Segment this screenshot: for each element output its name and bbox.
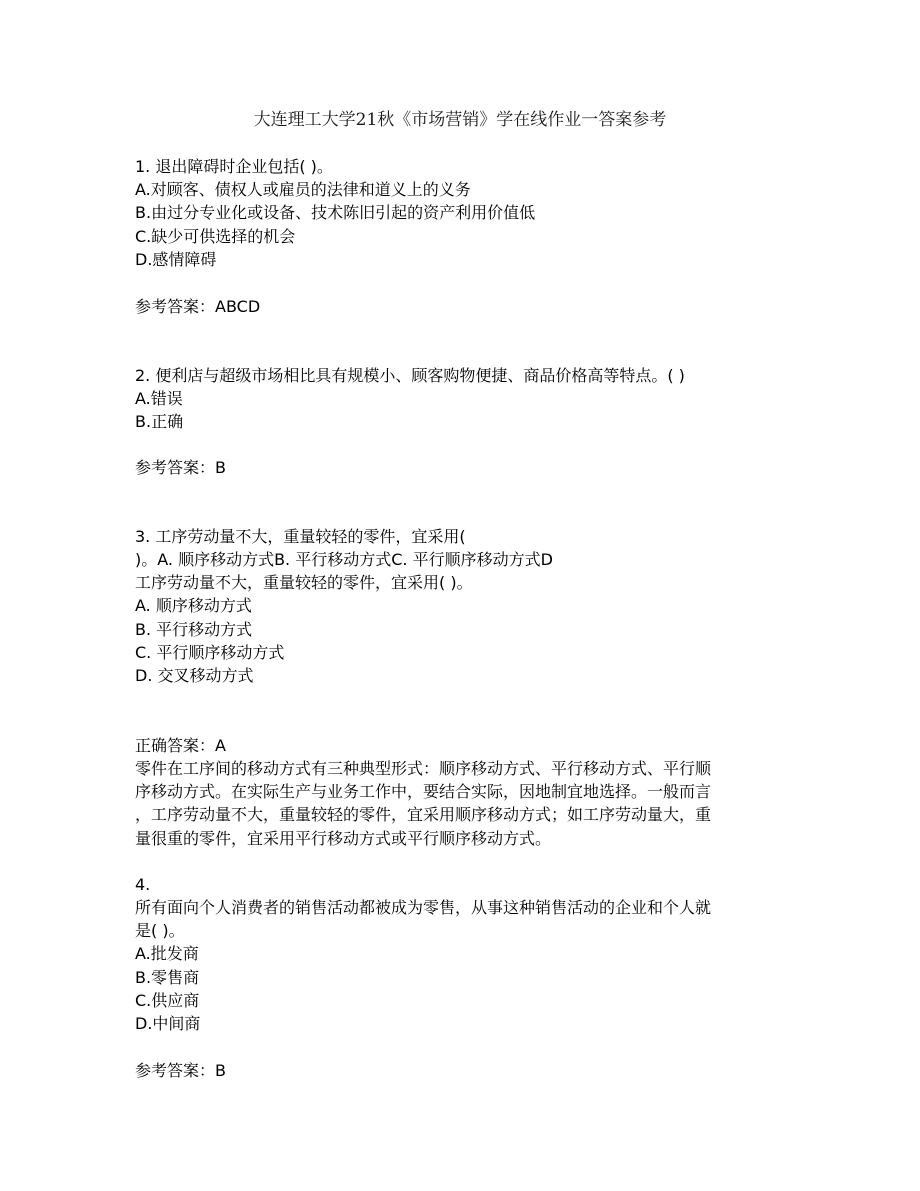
question-1-answer: 参考答案：ABCD: [135, 295, 260, 318]
document-title: 大连理工大学21秋《市场营销》学在线作业一答案参考: [0, 108, 920, 132]
question-3-option-b: B. 平行移动方式: [135, 618, 252, 641]
question-3-option-d: D. 交叉移动方式: [135, 664, 254, 687]
question-4-answer: 参考答案：B: [135, 1059, 226, 1082]
question-2-stem: 2. 便利店与超级市场相比具有规模小、顾客购物便捷、商品价格高等特点。( ): [135, 364, 685, 387]
question-3-explanation-line-1: 零件在工序间的移动方式有三种典型形式：顺序移动方式、平行移动方式、平行顺: [135, 757, 711, 780]
question-3-stem-line-3: 工序劳动量不大，重量较轻的零件，宜采用( )。: [135, 571, 473, 594]
question-1-stem: 1. 退出障碍时企业包括( )。: [135, 155, 333, 178]
question-3-explanation-line-4: 量很重的零件，宜采用平行移动方式或平行顺序移动方式。: [135, 827, 551, 850]
question-1-option-b: B.由过分专业化或设备、技术陈旧引起的资产利用价值低: [135, 201, 535, 224]
question-3-option-a: A. 顺序移动方式: [135, 594, 252, 617]
question-4-stem-line-3: 是( )。: [135, 919, 185, 942]
question-3-stem-line-1: 3. 工序劳动量不大，重量较轻的零件，宜采用(: [135, 525, 466, 548]
question-1-option-c: C.缺少可供选择的机会: [135, 225, 295, 248]
question-3-answer: 正确答案：A: [135, 734, 226, 757]
question-4-option-a: A.批发商: [135, 942, 199, 965]
question-1-option-a: A.对顾客、债权人或雇员的法律和道义上的义务: [135, 178, 471, 201]
question-2-option-b: B.正确: [135, 410, 183, 433]
question-3-explanation-line-2: 序移动方式。在实际生产与业务工作中，要结合实际，因地制宜地选择。一般而言: [135, 780, 711, 803]
question-4-option-c: C.供应商: [135, 989, 199, 1012]
document-page: 大连理工大学21秋《市场营销》学在线作业一答案参考 1. 退出障碍时企业包括( …: [0, 0, 920, 1191]
question-3-stem-line-2: )。A. 顺序移动方式B. 平行移动方式C. 平行顺序移动方式D: [135, 548, 553, 571]
question-4-stem-line-2: 所有面向个人消费者的销售活动都被成为零售，从事这种销售活动的企业和个人就: [135, 896, 711, 919]
question-4-option-d: D.中间商: [135, 1012, 200, 1035]
question-4-option-b: B.零售商: [135, 966, 199, 989]
question-2-answer: 参考答案：B: [135, 456, 226, 479]
question-4-stem-line-1: 4.: [135, 873, 150, 896]
question-3-option-c: C. 平行顺序移动方式: [135, 641, 284, 664]
question-1-option-d: D.感情障碍: [135, 248, 216, 271]
question-2-option-a: A.错误: [135, 387, 183, 410]
question-3-explanation-line-3: ，工序劳动量不大，重量较轻的零件，宜采用顺序移动方式；如工序劳动量大，重: [135, 803, 711, 826]
